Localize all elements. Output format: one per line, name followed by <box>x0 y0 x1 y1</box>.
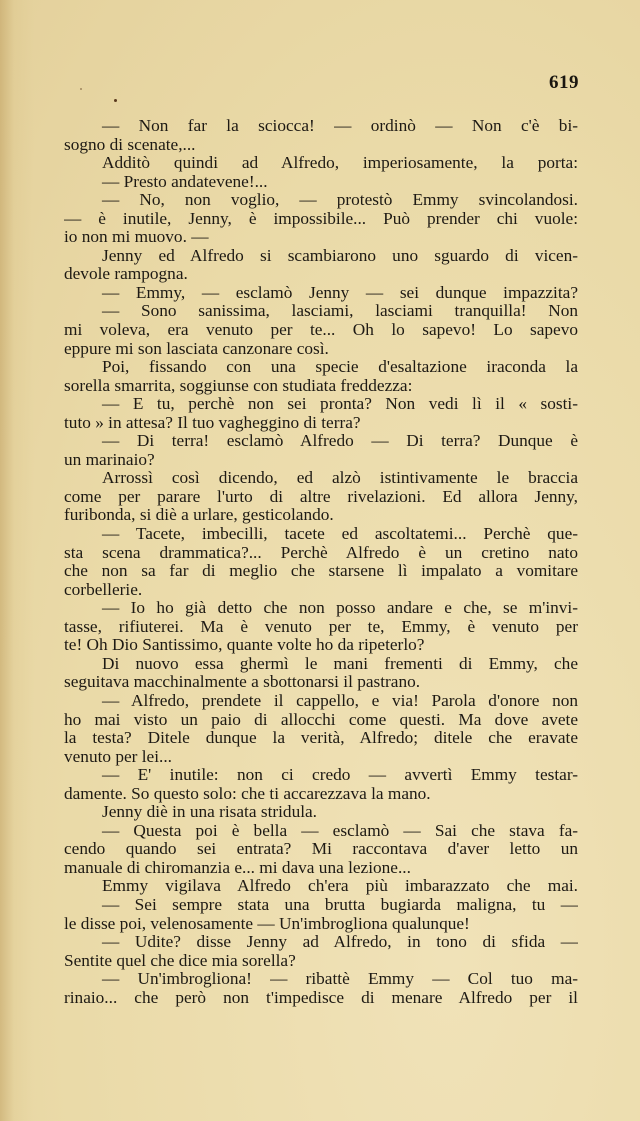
text-line: Sentite quel che dice mia sorella? <box>64 952 578 971</box>
text-line: — Io ho già detto che non posso andare e… <box>64 599 578 618</box>
text-line: — E tu, perchè non sei pronta? Non vedi … <box>64 395 578 414</box>
text-line: come per parare l'urto di altre rivelazi… <box>64 488 578 507</box>
text-line: rinaio... che però non t'impedisce di me… <box>64 989 578 1008</box>
text-line: corbellerie. <box>64 581 578 600</box>
text-line: la testa? Ditele dunque la verità, Alfre… <box>64 729 578 748</box>
text-line: un marinaio? <box>64 451 578 470</box>
text-line: mi voleva, era venuto per te... Oh lo sa… <box>64 321 578 340</box>
text-line: — Udite? disse Jenny ad Alfredo, in tono… <box>64 933 578 952</box>
text-line: sorella smarrita, soggiunse con studiata… <box>64 377 578 396</box>
text-line: — è inutile, Jenny, è impossibile... Può… <box>64 210 578 229</box>
text-line: — Tacete, imbecilli, tacete ed ascoltate… <box>64 525 578 544</box>
text-line: te! Oh Dio Santissimo, quante volte ho d… <box>64 636 578 655</box>
text-line: sta scena drammatica?... Perchè Alfredo … <box>64 544 578 563</box>
text-line: Emmy vigilava Alfredo ch'era più imbaraz… <box>64 877 578 896</box>
body-text: — Non far la sciocca! — ordinò — Non c'è… <box>64 117 578 1007</box>
text-line: Additò quindi ad Alfredo, imperiosamente… <box>64 154 578 173</box>
text-line: Jenny ed Alfredo si scambiarono uno sgua… <box>64 247 578 266</box>
text-line: sogno di scenate,... <box>64 136 578 155</box>
text-line: — Di terra! esclamò Alfredo — Di terra? … <box>64 432 578 451</box>
text-line: — Non far la sciocca! — ordinò — Non c'è… <box>64 117 578 136</box>
text-line: seguitava macchinalmente a sbottonarsi i… <box>64 673 578 692</box>
text-line: — Alfredo, prendete il cappello, e via! … <box>64 692 578 711</box>
text-line: — E' inutile: non ci credo — avvertì Emm… <box>64 766 578 785</box>
text-line: che non sa far di meglio che starsene lì… <box>64 562 578 581</box>
page-number: 619 <box>549 72 579 94</box>
text-line: — Sono sanissima, lasciami, lasciami tra… <box>64 302 578 321</box>
text-line: Di nuovo essa ghermì le mani frementi di… <box>64 655 578 674</box>
text-line: devole rampogna. <box>64 265 578 284</box>
text-line: le disse poi, velenosamente — Un'imbrogl… <box>64 915 578 934</box>
text-line: — Questa poi è bella — esclamò — Sai che… <box>64 822 578 841</box>
text-line: manuale di chiromanzia e... mi dava una … <box>64 859 578 878</box>
text-line: Arrossì così dicendo, ed alzò istintivam… <box>64 469 578 488</box>
text-line: Jenny diè in una risata stridula. <box>64 803 578 822</box>
text-line: ho mai visto un paio di allocchi come qu… <box>64 711 578 730</box>
text-line: — Un'imbrogliona! — ribattè Emmy — Col t… <box>64 970 578 989</box>
text-line: — No, non voglio, — protestò Emmy svinco… <box>64 191 578 210</box>
ink-spot <box>80 88 82 90</box>
text-line: — Presto andatevene!... <box>64 173 578 192</box>
text-line: eppure mi son lasciata canzonare così. <box>64 340 578 359</box>
text-line: tuto » in attesa? Il tuo vagheggino di t… <box>64 414 578 433</box>
text-line: — Emmy, — esclamò Jenny — sei dunque imp… <box>64 284 578 303</box>
ink-spot <box>114 99 117 102</box>
text-line: io non mi muovo. — <box>64 228 578 247</box>
text-line: venuto per lei... <box>64 748 578 767</box>
text-line: tasse, rifiuterei. Ma è venuto per te, E… <box>64 618 578 637</box>
text-line: furibonda, si diè a urlare, gesticolando… <box>64 506 578 525</box>
text-line: — Sei sempre stata una brutta bugiarda m… <box>64 896 578 915</box>
text-line: Poi, fissando con una specie d'esaltazio… <box>64 358 578 377</box>
text-line: cendo quando sei entrata? Mi raccontava … <box>64 840 578 859</box>
text-line: damente. So questo solo: che ti accarezz… <box>64 785 578 804</box>
